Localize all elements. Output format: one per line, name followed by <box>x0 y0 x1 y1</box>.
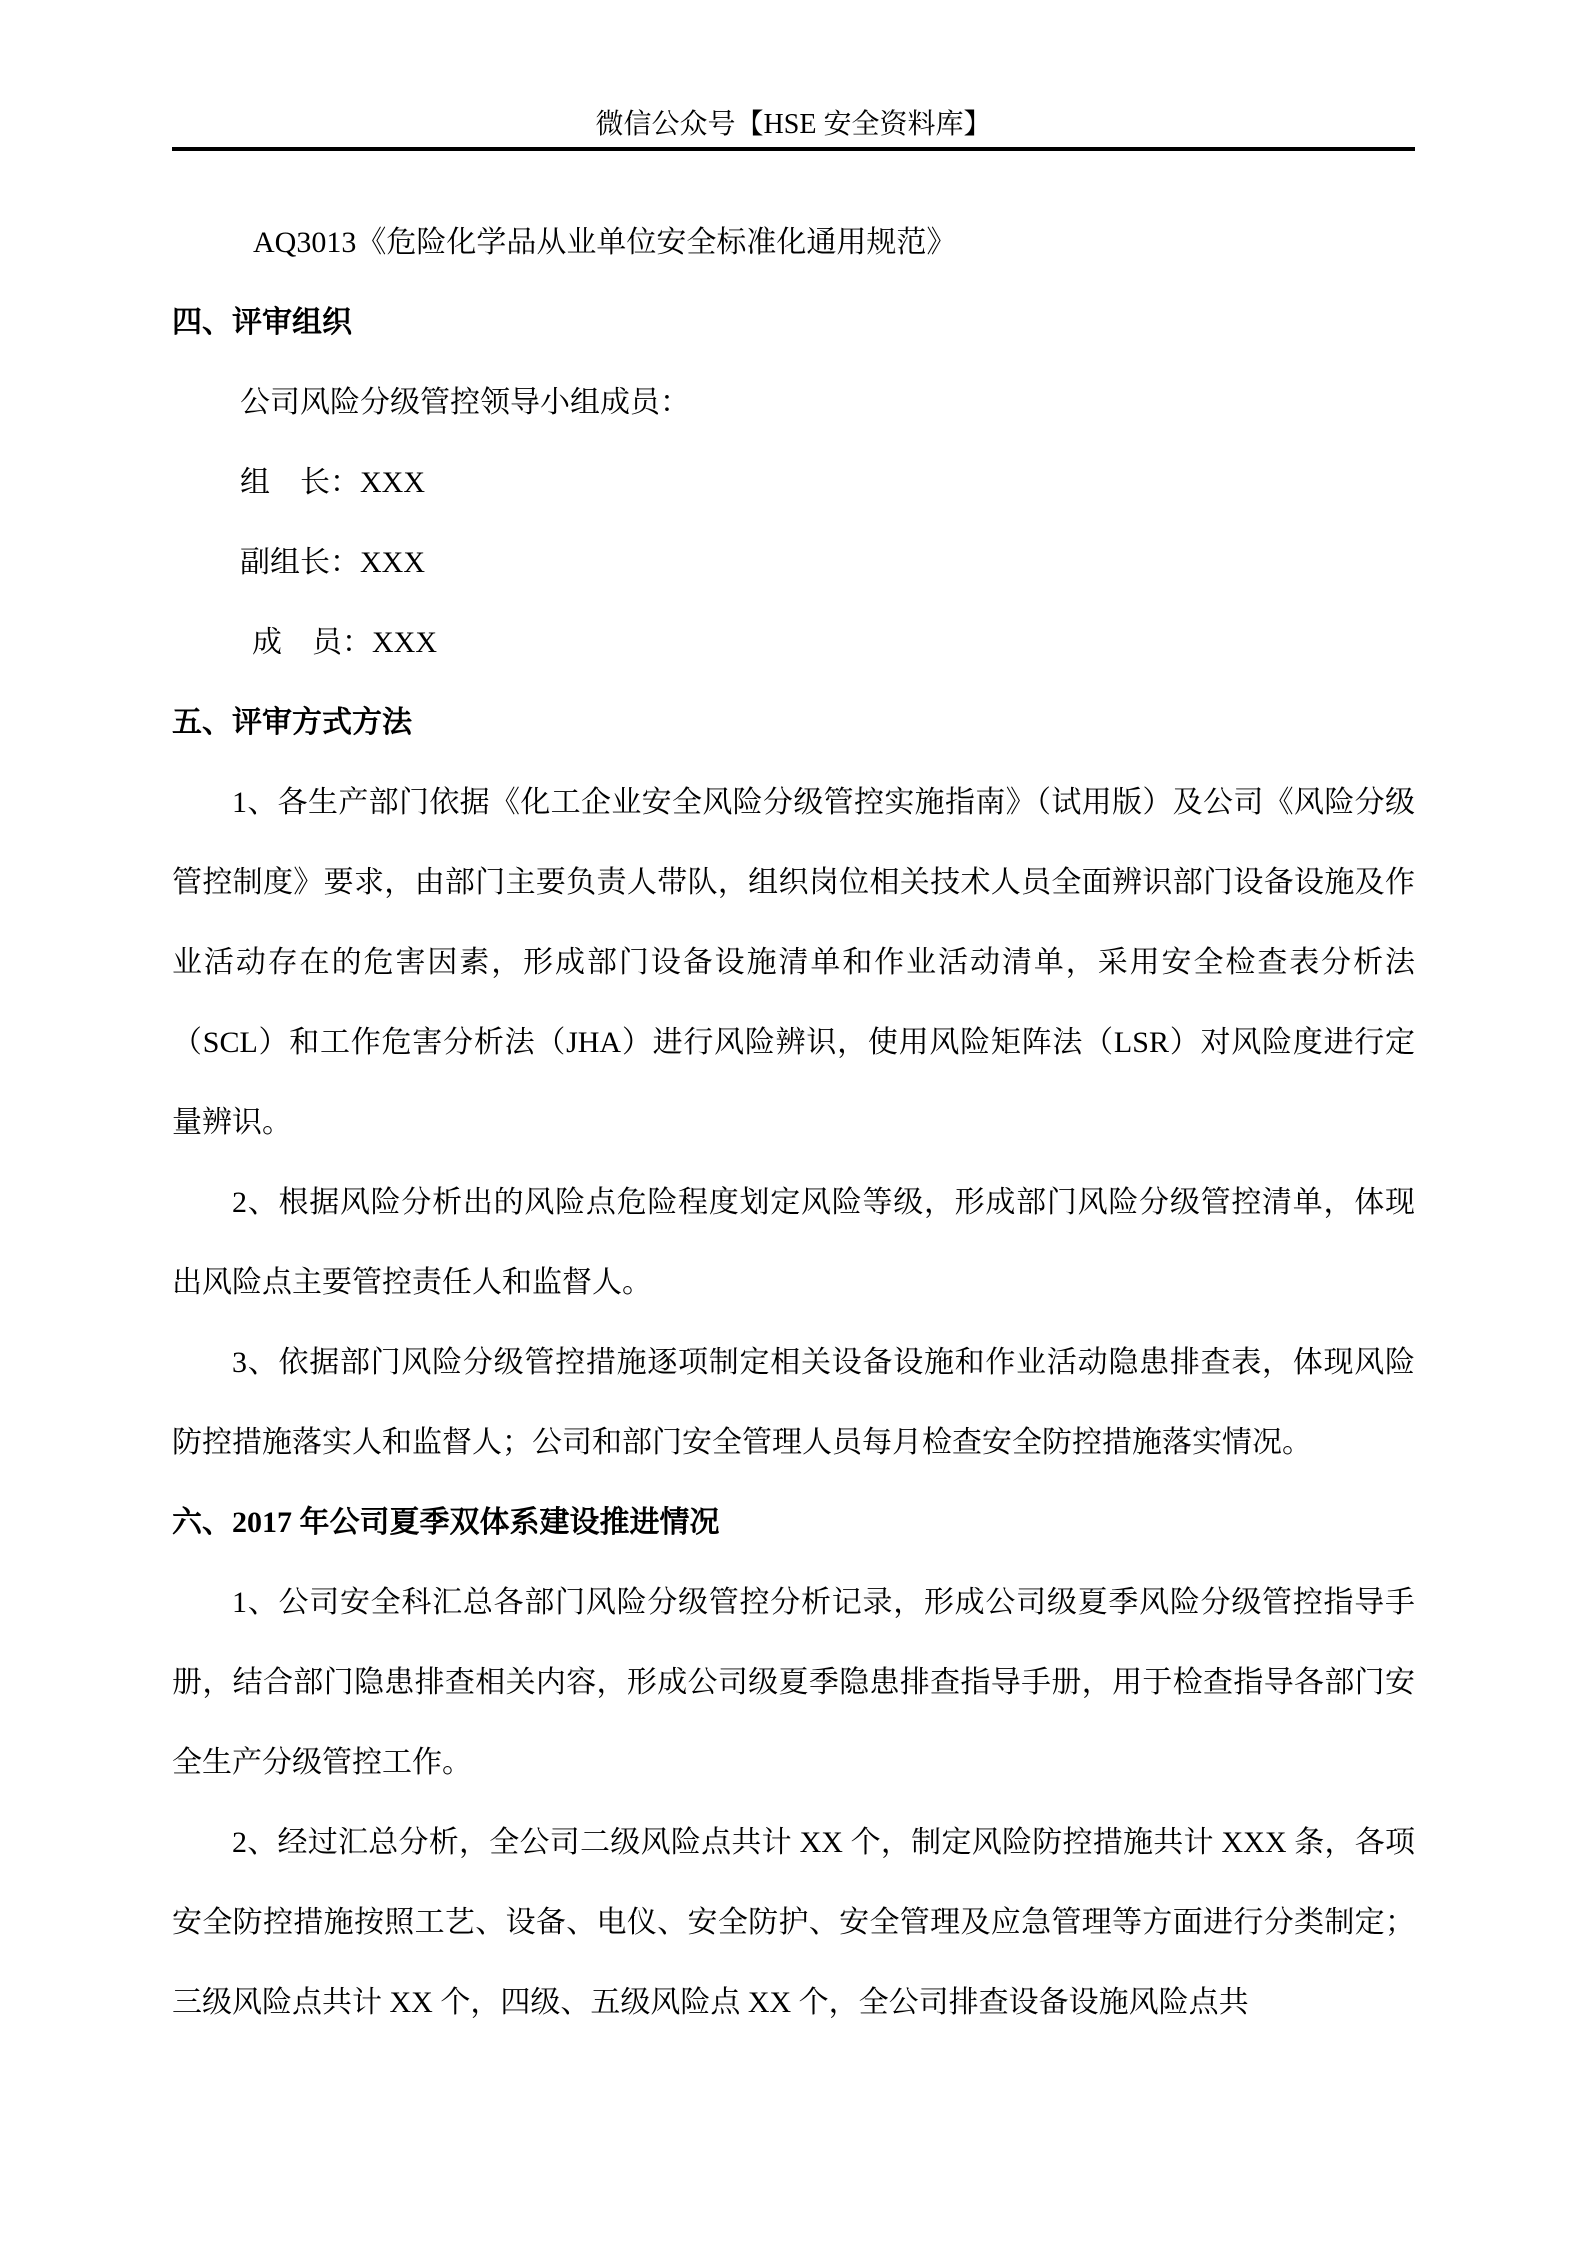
paragraph-team-deputy-leader: 副组长：XXX <box>172 523 1415 603</box>
paragraph-team-leader: 组 长：XXX <box>172 443 1415 523</box>
paragraph-method-item-2: 2、根据风险分析出的风险点危险程度划定风险等级，形成部门风险分级管控清单，体现出… <box>172 1163 1415 1323</box>
paragraph-method-item-1: 1、各生产部门依据《化工企业安全风险分级管控实施指南》（试用版）及公司《风险分级… <box>172 763 1415 1163</box>
heading-section-4-review-organization: 四、评审组织 <box>172 283 1415 363</box>
header-title: 微信公众号【HSE 安全资料库】 <box>596 109 992 140</box>
page-header: 微信公众号【HSE 安全资料库】 <box>0 106 1587 144</box>
heading-section-5-review-method: 五、评审方式方法 <box>172 683 1415 763</box>
paragraph-progress-item-2: 2、经过汇总分析，全公司二级风险点共计 XX 个，制定风险防控措施共计 XXX … <box>172 1803 1415 2043</box>
document-body: AQ3013《危险化学品从业单位安全标准化通用规范》 四、评审组织 公司风险分级… <box>172 203 1415 2043</box>
paragraph-team-member: 成 员：XXX <box>172 603 1415 683</box>
paragraph-method-item-3: 3、依据部门风险分级管控措施逐项制定相关设备设施和作业活动隐患排查表，体现风险防… <box>172 1323 1415 1483</box>
heading-section-6-2017-progress: 六、2017 年公司夏季双体系建设推进情况 <box>172 1483 1415 1563</box>
paragraph-progress-item-1: 1、公司安全科汇总各部门风险分级管控分析记录，形成公司级夏季风险分级管控指导手册… <box>172 1563 1415 1803</box>
paragraph-standard-ref: AQ3013《危险化学品从业单位安全标准化通用规范》 <box>172 203 1415 283</box>
paragraph-team-members-intro: 公司风险分级管控领导小组成员： <box>172 363 1415 443</box>
header-divider <box>172 147 1415 151</box>
document-page: 微信公众号【HSE 安全资料库】 AQ3013《危险化学品从业单位安全标准化通用… <box>0 0 1587 2245</box>
